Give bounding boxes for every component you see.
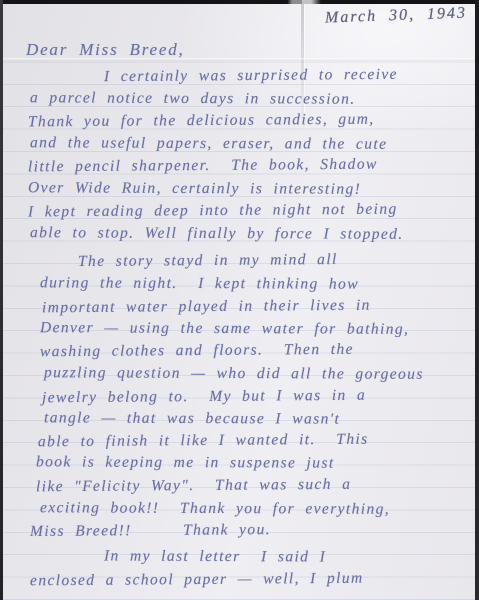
letter-line: able to finish it like I wanted it. This xyxy=(38,430,369,453)
letter-line: Thank you for the delicious candies, gum… xyxy=(28,110,375,133)
scan-edge-right xyxy=(475,0,479,600)
letter-line: The story stayd in my mind all xyxy=(78,250,338,272)
letter-salutation: Dear Miss Breed, xyxy=(26,40,185,60)
letter-line: In my last letter I said I xyxy=(104,547,326,568)
letter-line: washing clothes and floors. Then the xyxy=(40,340,354,362)
letter-line: enclosed a school paper — well, I plum xyxy=(30,569,364,592)
letter-line: jewelry belong to. My but I was in a xyxy=(42,386,366,409)
letter-line: able to stop. Well finally by force I st… xyxy=(30,223,404,245)
letter-date: March 30, 1943 xyxy=(325,5,468,28)
letter-line: I kept reading deep into the night not b… xyxy=(28,200,398,223)
letter-line: like "Felicity Way". That was such a xyxy=(36,475,352,497)
scan-edge-top xyxy=(0,0,479,4)
letter-line: Denver — using the same water for bathin… xyxy=(40,318,409,340)
letter-line: book is keeping me in suspense just xyxy=(36,452,335,473)
letter-line: exciting book!! Thank you for everything… xyxy=(40,498,390,520)
letter-line: and the useful papers, eraser, and the c… xyxy=(30,133,387,155)
letter-line: during the night. I kept thinking how xyxy=(40,273,359,294)
letter-line: I certainly was surprised to receive xyxy=(104,65,398,87)
letter-line: Miss Breed!! Thank you. xyxy=(30,520,271,542)
letter-line: important water played in their lives in xyxy=(42,296,371,319)
scan-edge-left xyxy=(0,0,3,600)
letter-line: tangle — that was because I wasn't xyxy=(44,408,340,429)
letter-line: Over Wide Ruin, certainly is interesting… xyxy=(28,178,361,199)
letter-line: puzzling question — who did all the gorg… xyxy=(44,363,424,385)
handwritten-letter-scan: March 30, 1943 Dear Miss Breed, I certai… xyxy=(0,0,479,600)
letter-line: a parcel notice two days in succession. xyxy=(30,88,356,109)
letter-line: little pencil sharpener. The book, Shado… xyxy=(28,155,378,178)
